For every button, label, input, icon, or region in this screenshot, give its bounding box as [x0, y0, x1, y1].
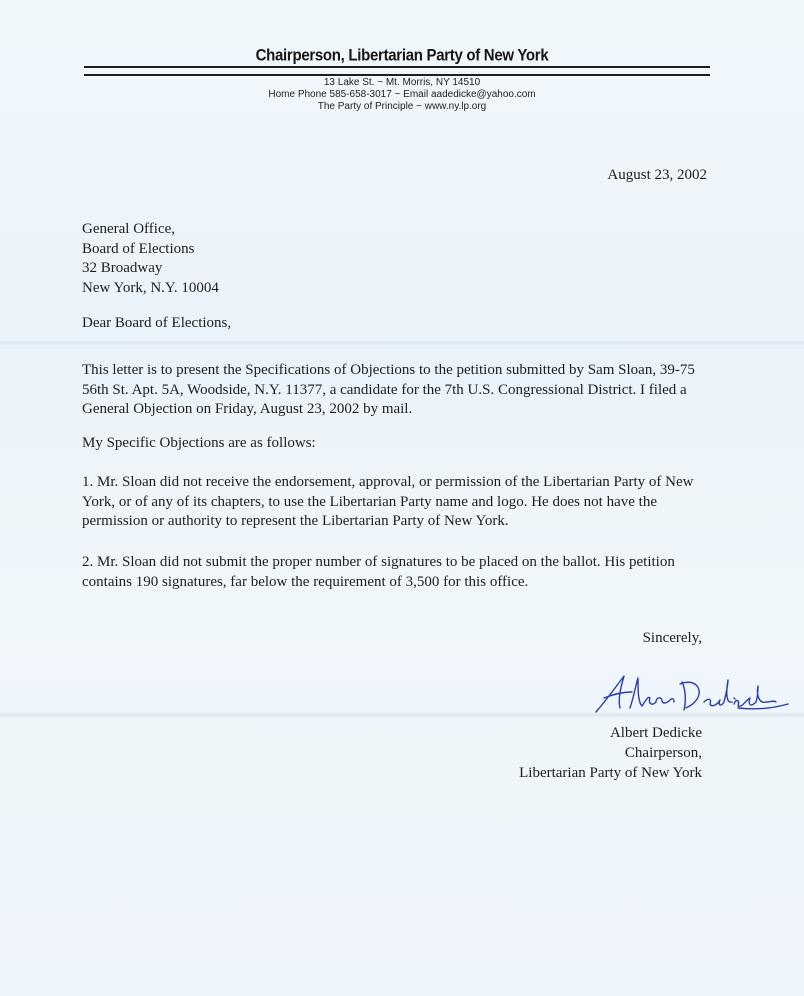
letterhead-contact: 13 Lake St. ~ Mt. Morris, NY 14510 Home … — [0, 77, 804, 113]
letterhead-address: 13 Lake St. ~ Mt. Morris, NY 14510 — [0, 77, 804, 89]
letter-date: August 23, 2002 — [607, 167, 707, 184]
addressee-line: 32 Broadway — [82, 259, 219, 279]
closing: Sincerely, — [643, 630, 702, 647]
letterhead-motto: The Party of Principle ~ www.ny.lp.org — [0, 101, 804, 113]
signer-name: Albert Dedicke — [519, 723, 702, 743]
objections-lead: My Specific Objections are as follows: — [82, 434, 722, 454]
salutation: Dear Board of Elections, — [82, 315, 231, 332]
addressee-line: Board of Elections — [82, 240, 219, 260]
objection-2: 2. Mr. Sloan did not submit the proper n… — [82, 553, 722, 592]
letterhead-rule-bottom — [84, 74, 710, 76]
handwritten-signature — [590, 668, 790, 718]
signer-title: Chairperson, — [519, 743, 702, 763]
objection-1: 1. Mr. Sloan did not receive the endorse… — [82, 473, 722, 532]
addressee-block: General Office, Board of Elections 32 Br… — [82, 220, 219, 298]
letterhead-phone-email: Home Phone 585-658-3017 ~ Email aadedick… — [0, 89, 804, 101]
intro-paragraph: This letter is to present the Specificat… — [82, 361, 722, 420]
letterhead-title: Chairperson, Libertarian Party of New Yo… — [0, 46, 804, 65]
signer-block: Albert Dedicke Chairperson, Libertarian … — [519, 723, 702, 783]
paper-fold — [0, 340, 804, 346]
addressee-line: General Office, — [82, 220, 219, 240]
addressee-line: New York, N.Y. 10004 — [82, 279, 219, 299]
letterhead-rule-top — [84, 66, 710, 68]
signer-organization: Libertarian Party of New York — [519, 763, 702, 783]
